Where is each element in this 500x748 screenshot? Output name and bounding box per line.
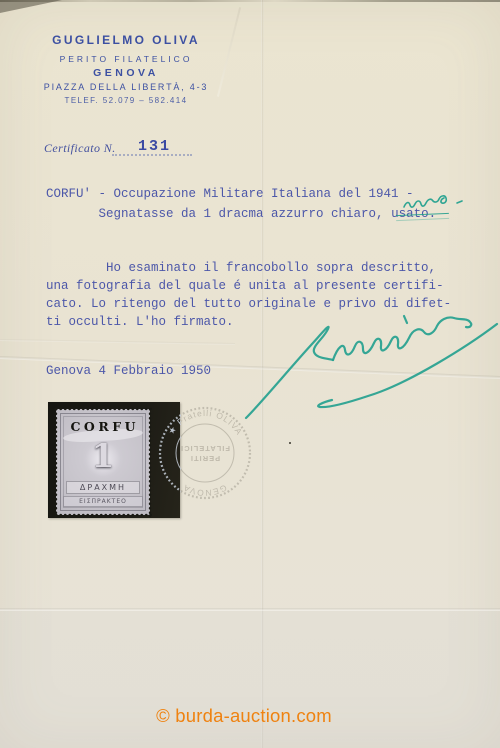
lower-paper-shading bbox=[0, 611, 500, 748]
certificate-number-label: Certificato N. bbox=[44, 141, 116, 156]
ink-speck bbox=[289, 442, 291, 444]
stamp-overprint-corfu: CORFU bbox=[56, 419, 150, 434]
letterhead-city: GENOVA bbox=[20, 67, 232, 79]
stamp-inscription: ΕΙΣΠΡΑΚΤΕΟ bbox=[63, 496, 143, 507]
stamp-value-drachmi: ΔΡΑΧΜΗ bbox=[66, 481, 140, 494]
handwritten-correction-nuovo bbox=[402, 193, 464, 215]
typed-paragraph-line-4: ti occulti. L'ho firmato. bbox=[46, 315, 234, 329]
typed-paragraph-line-1: Ho esaminato il francobollo sopra descri… bbox=[46, 261, 436, 275]
paper-corner-shadow bbox=[0, 0, 62, 13]
stamp-numeral: 1 bbox=[56, 436, 150, 475]
fold-crease-minor bbox=[0, 339, 235, 345]
corfu-stamp: CORFU 1 ΔΡΑΧΜΗ ΕΙΣΠΡΑΚΤΕΟ bbox=[56, 409, 150, 515]
typed-line-description-2: Segnatasse da 1 dracma azzurro chiaro, u… bbox=[46, 207, 436, 221]
letterhead-address: PIAZZA DELLA LIBERTÀ, 4-3 bbox=[20, 82, 232, 92]
typed-text: Segnatasse da 1 dracma azzurro chiaro, bbox=[46, 207, 391, 221]
typed-dateline: Genova 4 Febbraio 1950 bbox=[46, 364, 211, 378]
typed-paragraph-line-2: una fotografia del quale é unita al pres… bbox=[46, 279, 444, 293]
perforation-edge bbox=[54, 407, 152, 411]
perforation-edge bbox=[54, 513, 152, 517]
seal-center-line-2: FILATELICI bbox=[180, 444, 230, 453]
expert-signature bbox=[228, 298, 500, 438]
watermark-text: © burda-auction.com bbox=[0, 705, 488, 727]
scanned-certificate-document: GUGLIELMO OLIVA PERITO FILATELICO GENOVA… bbox=[0, 0, 500, 748]
seal-center-line-1: PERITI bbox=[190, 454, 220, 463]
scan-top-edge bbox=[0, 0, 500, 2]
letterhead-phone: TELEF. 52.079 – 582.414 bbox=[20, 96, 232, 105]
letterhead-title: PERITO FILATELICO bbox=[20, 54, 232, 64]
certificate-number-value: 131 bbox=[138, 138, 171, 155]
letterhead: GUGLIELMO OLIVA PERITO FILATELICO GENOVA… bbox=[20, 33, 232, 105]
letterhead-name: GUGLIELMO OLIVA bbox=[20, 33, 232, 47]
typed-line-description-1: CORFU' - Occupazione Militare Italiana d… bbox=[46, 187, 414, 201]
